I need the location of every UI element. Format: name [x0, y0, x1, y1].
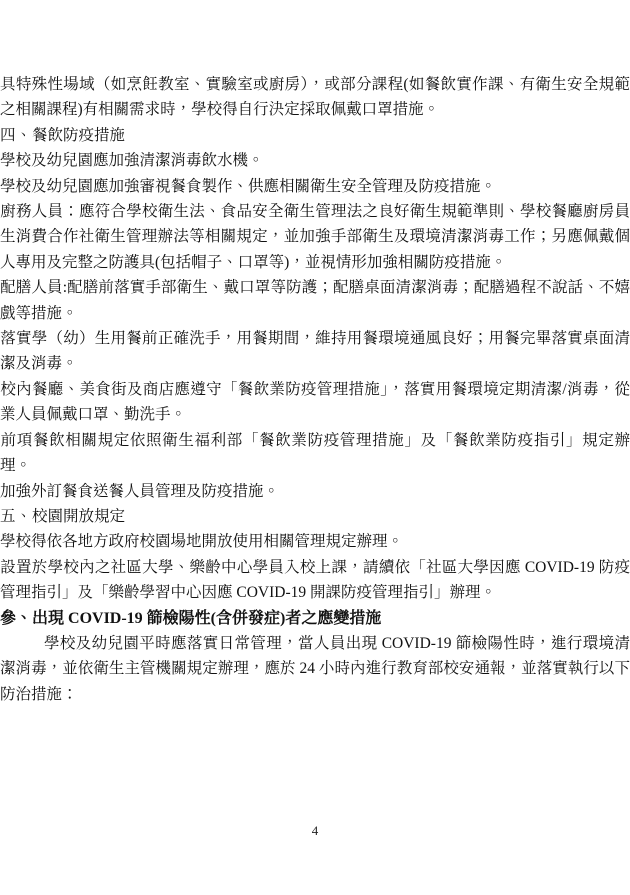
section-title: 校園開放規定 — [32, 508, 125, 525]
page-number: 4 — [0, 818, 630, 843]
list-item-text: 設置於學校內之社區大學、樂齡中心學員入校上課，請續依「社區大學因應 COVID-… — [0, 559, 630, 601]
list-item: （六）加強外訂餐食送餐人員管理及防疫措施。 — [0, 479, 630, 504]
list-item: （三）落實學（幼）生用餐前正確洗手，用餐期間，維持用餐環境通風良好；用餐完畢落實… — [0, 326, 630, 377]
sub-list-item: 2.配膳人員:配膳前落實手部衛生、戴口罩等防護；配膳桌面清潔消毒；配膳過程不說話… — [0, 275, 630, 326]
list-item-text: 前項餐飲相關規定依照衛生福利部「餐飲業防疫管理措施」及「餐飲業防疫指引」規定辦理… — [0, 432, 630, 474]
list-item-text: 落實學（幼）生用餐前正確洗手，用餐期間，維持用餐環境通風良好；用餐完畢落實桌面清… — [0, 330, 630, 372]
list-item: （二）學校及幼兒園應加強審視餐食製作、供應相關衛生安全管理及防疫措施。 — [0, 174, 630, 199]
list-item: （一）學校及幼兒園應加強清潔消毒飲水機。 — [0, 148, 630, 173]
sub-list-item: 1.廚務人員：應符合學校衛生法、食品安全衛生管理法之良好衛生規範準則、學校餐廳廚… — [0, 199, 630, 275]
chapter-marker: 參、 — [0, 610, 32, 627]
section-heading-4: 四、餐飲防疫措施 — [0, 123, 630, 148]
document-body: 具特殊性場域（如烹飪教室、實驗室或廚房），或部分課程(如餐飲實作課、有衛生安全規… — [0, 0, 630, 707]
list-item-text: 加強外訂餐食送餐人員管理及防疫措施。 — [0, 483, 279, 500]
body-paragraph: 學校及幼兒園平時應落實日常管理，當人員出現 COVID-19 篩檢陽性時，進行環… — [0, 631, 630, 707]
list-item: （五）前項餐飲相關規定依照衛生福利部「餐飲業防疫管理措施」及「餐飲業防疫指引」規… — [0, 428, 630, 479]
document-page: 具特殊性場域（如烹飪教室、實驗室或廚房），或部分課程(如餐飲實作課、有衛生安全規… — [0, 0, 630, 895]
list-item-text: 學校及幼兒園應加強清潔消毒飲水機。 — [0, 152, 264, 169]
list-item-text: 校內餐廳、美食街及商店應遵守「餐飲業防疫管理措施」，落實用餐環境定期清潔/消毒，… — [0, 381, 630, 423]
section-heading-5: 五、校園開放規定 — [0, 504, 630, 529]
continuation-paragraph: 具特殊性場域（如烹飪教室、實驗室或廚房），或部分課程(如餐飲實作課、有衛生安全規… — [0, 72, 630, 123]
list-item-text: 學校及幼兒園應加強審視餐食製作、供應相關衛生安全管理及防疫措施。 — [0, 178, 496, 195]
list-item: （二）設置於學校內之社區大學、樂齡中心學員入校上課，請續依「社區大學因應 COV… — [0, 555, 630, 606]
sub-list-item-text: 廚務人員：應符合學校衛生法、食品安全衛生管理法之良好衛生規範準則、學校餐廳廚房員… — [0, 203, 630, 271]
list-item: （一）學校得依各地方政府校園場地開放使用相關管理規定辦理。 — [0, 529, 630, 554]
chapter-title: 出現 COVID-19 篩檢陽性(含併發症)者之應變措施 — [32, 610, 381, 627]
sub-list-item-text: 配膳人員:配膳前落實手部衛生、戴口罩等防護；配膳桌面清潔消毒；配膳過程不說話、不… — [0, 279, 630, 321]
list-item-text: 學校得依各地方政府校園場地開放使用相關管理規定辦理。 — [0, 533, 403, 550]
section-marker: 四、 — [0, 127, 32, 144]
list-item: （四）校內餐廳、美食街及商店應遵守「餐飲業防疫管理措施」，落實用餐環境定期清潔/… — [0, 377, 630, 428]
section-marker: 五、 — [0, 508, 32, 525]
chapter-heading: 參、出現 COVID-19 篩檢陽性(含併發症)者之應變措施 — [0, 606, 630, 631]
section-title: 餐飲防疫措施 — [32, 127, 125, 144]
